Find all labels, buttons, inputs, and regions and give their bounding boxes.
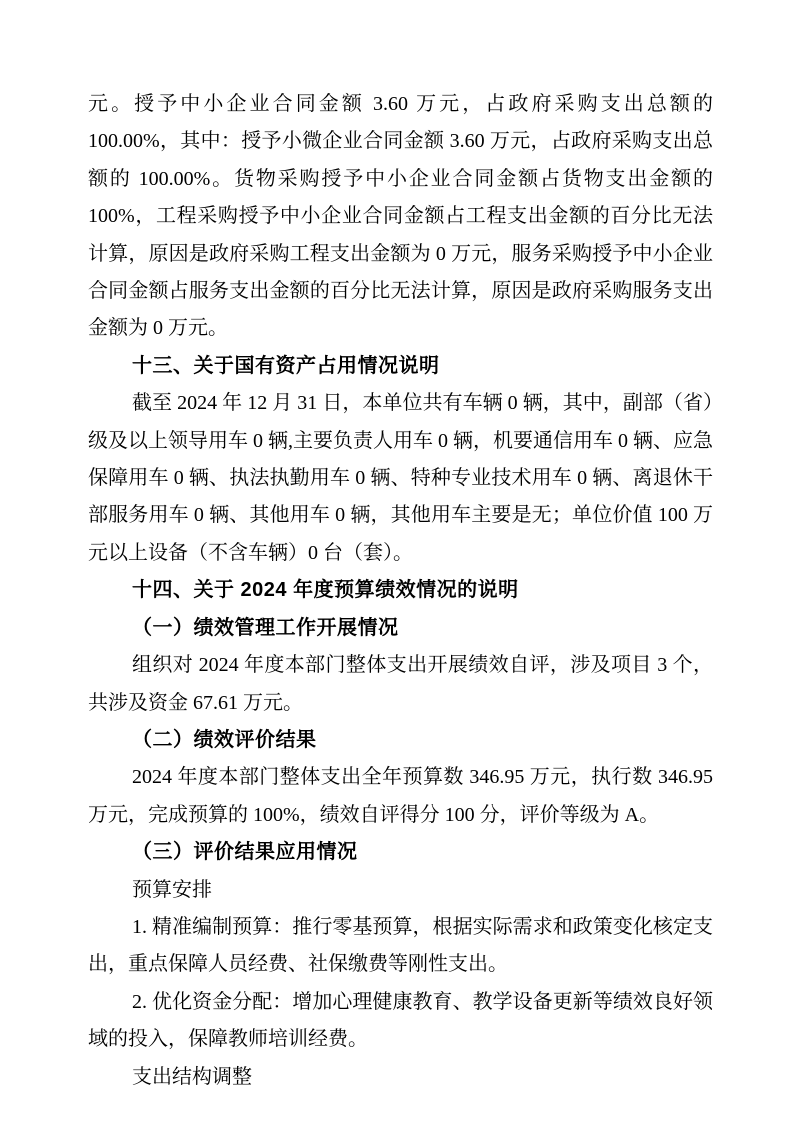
paragraph-item-2-fund-allocation: 2. 优化资金分配：增加心理健康教育、教学设备更新等绩效良好领域的投入，保障教师…	[88, 984, 713, 1059]
subheading-3-result-application: （三）评价结果应用情况	[88, 834, 713, 871]
paragraph-self-evaluation: 组织对 2024 年度本部门整体支出开展绩效自评，涉及项目 3 个，共涉及资金 …	[88, 647, 713, 722]
subheading-1-performance-management: （一）绩效管理工作开展情况	[88, 610, 713, 647]
document-page: 元。授予中小企业合同金额 3.60 万元，占政府采购支出总额的 100.00%，…	[0, 0, 793, 1122]
paragraph-budget-arrangement-label: 预算安排	[88, 872, 713, 909]
paragraph-expenditure-structure-label: 支出结构调整	[88, 1059, 713, 1096]
paragraph-item-1-zero-based-budgeting: 1. 精准编制预算：推行零基预算，根据实际需求和政策变化核定支出，重点保障人员经…	[88, 909, 713, 984]
section-heading-13-state-assets: 十三、关于国有资产占用情况说明	[88, 348, 713, 385]
paragraph-budget-execution: 2024 年度本部门整体支出全年预算数 346.95 万元，执行数 346.95…	[88, 759, 713, 834]
paragraph-vehicles-equipment: 截至 2024 年 12 月 31 日，本单位共有车辆 0 辆，其中，副部（省）…	[88, 385, 713, 572]
subheading-2-evaluation-results: （二）绩效评价结果	[88, 722, 713, 759]
paragraph-procurement-continued: 元。授予中小企业合同金额 3.60 万元，占政府采购支出总额的 100.00%，…	[88, 86, 713, 348]
section-heading-14-budget-performance: 十四、关于 2024 年度预算绩效情况的说明	[88, 572, 713, 609]
